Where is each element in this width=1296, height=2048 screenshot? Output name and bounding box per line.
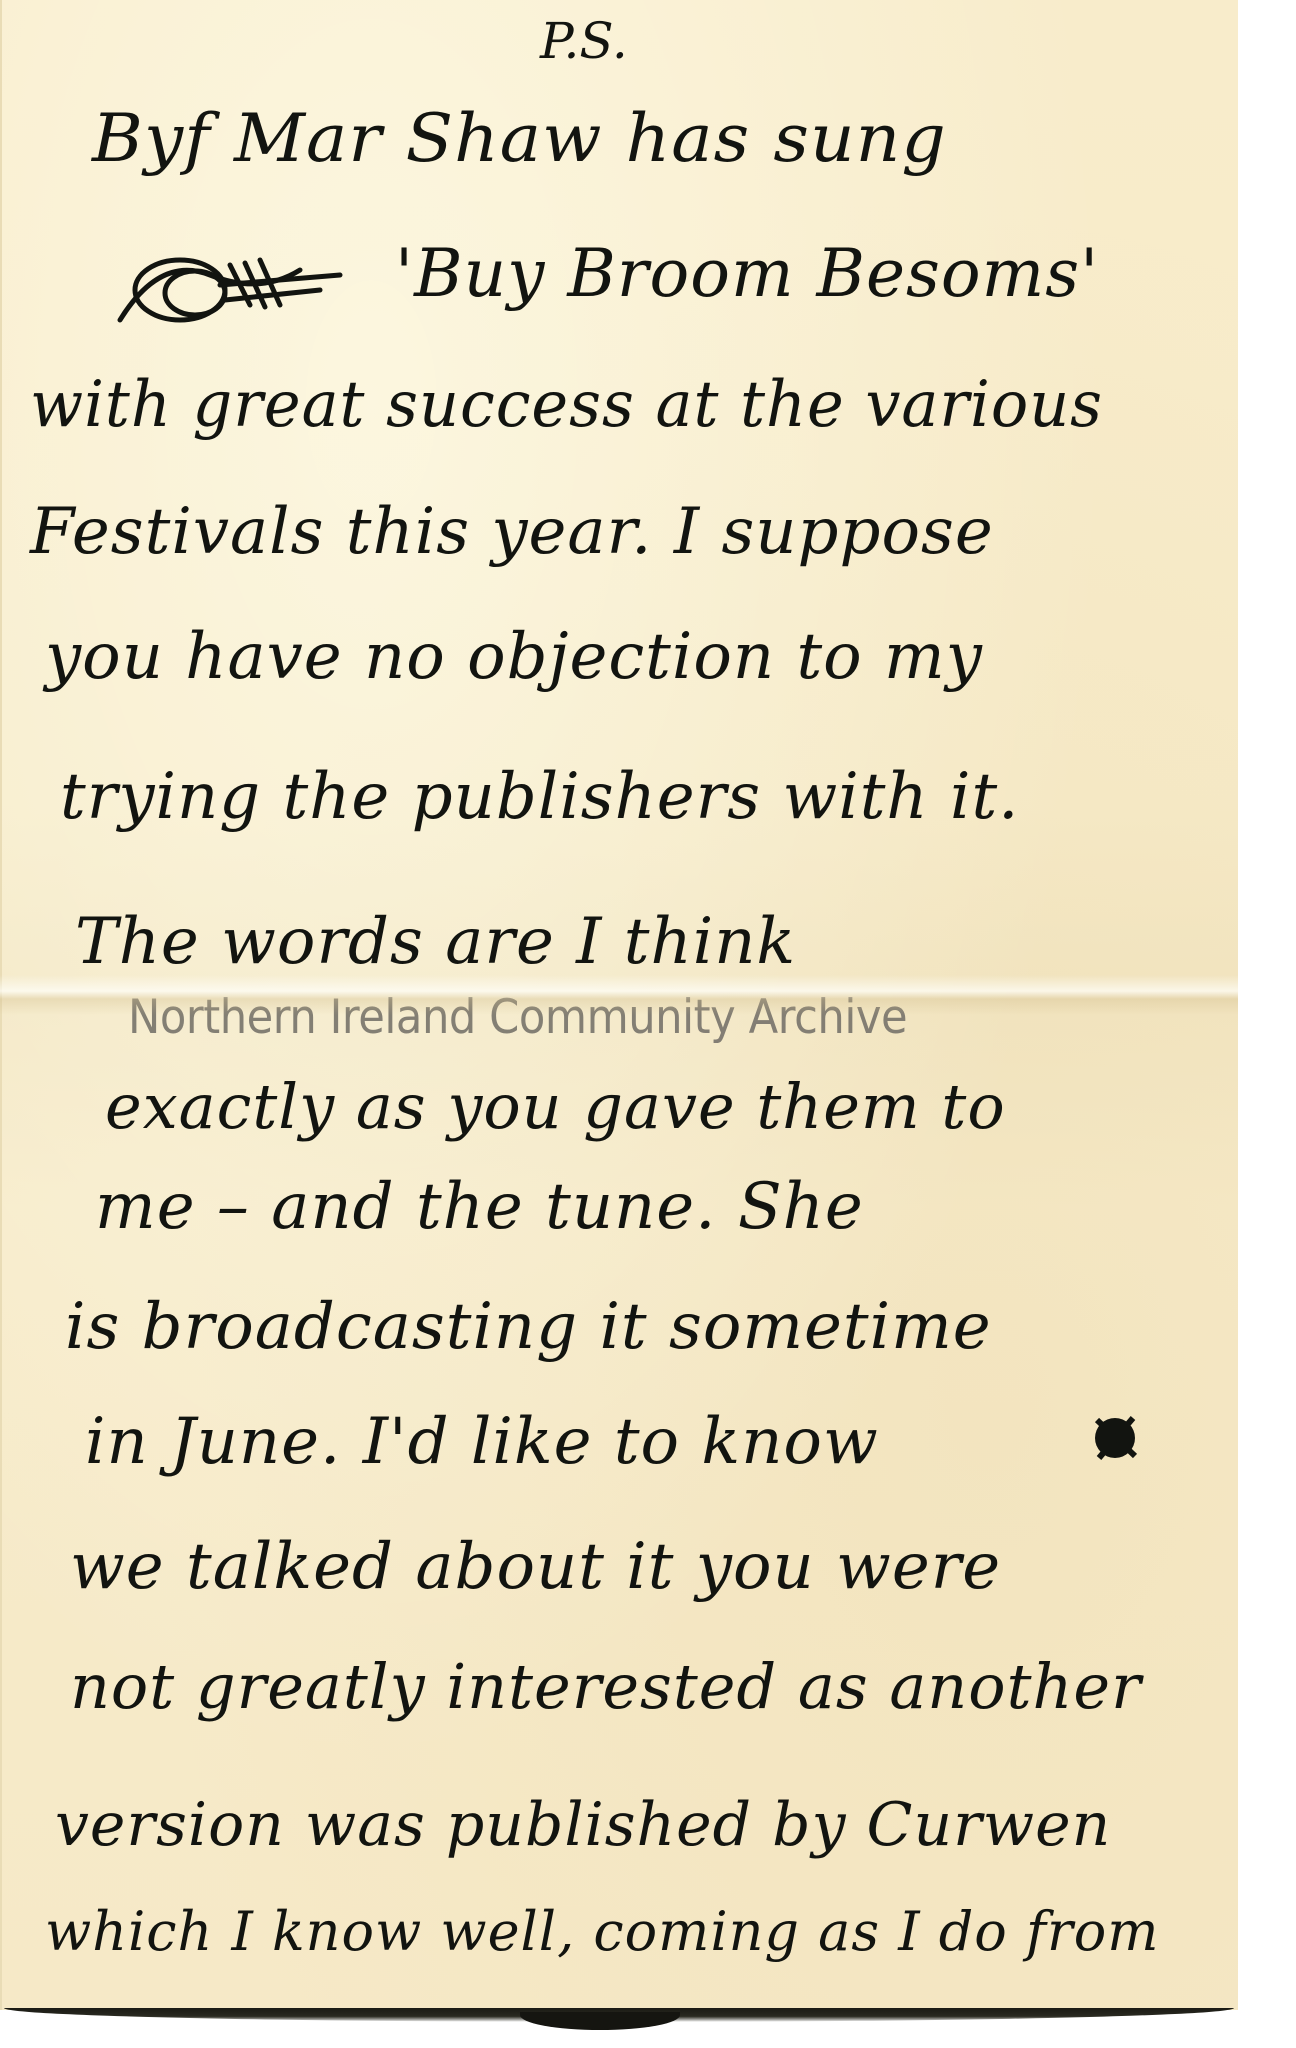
- letter-line-1: Byf Mar Shaw has sung: [92, 100, 947, 177]
- letter-line-12: we talked about it you were: [70, 1530, 1001, 1604]
- letter-line-6: trying the publishers with it.: [60, 760, 1020, 834]
- letter-line-11: in June. I'd like to know: [85, 1405, 879, 1479]
- letter-line-14: version was published by Curwen: [55, 1790, 1111, 1860]
- letter-line-15: which I know well, coming as I do from: [45, 1900, 1159, 1963]
- letter-line-3: with great success at the various: [30, 368, 1103, 442]
- letter-line-8: exactly as you gave them to: [105, 1070, 1006, 1143]
- ink-blot-icon: [1085, 1410, 1145, 1470]
- letter-line-10: is broadcasting it sometime: [65, 1290, 992, 1364]
- postscript-heading: P.S.: [540, 12, 628, 70]
- scanned-document: P.S. Byf Mar Shaw has sung 'Buy Broom Be…: [0, 0, 1296, 2048]
- letter-line-7: The words are I think: [75, 905, 796, 979]
- letter-line-4: Festivals this year. I suppose: [30, 495, 994, 569]
- letter-line-9: me – and the tune. She: [95, 1170, 864, 1244]
- letter-line-13: not greatly interested as another: [70, 1650, 1142, 1723]
- archive-watermark: Northern Ireland Community Archive: [128, 990, 907, 1045]
- letter-page: P.S. Byf Mar Shaw has sung 'Buy Broom Be…: [0, 0, 1238, 2010]
- letter-line-2: 'Buy Broom Besoms': [395, 235, 1099, 312]
- page-fold-shadow: [520, 2012, 680, 2030]
- crossed-out-word-icon: [100, 245, 360, 335]
- letter-line-5: you have no objection to my: [45, 620, 983, 694]
